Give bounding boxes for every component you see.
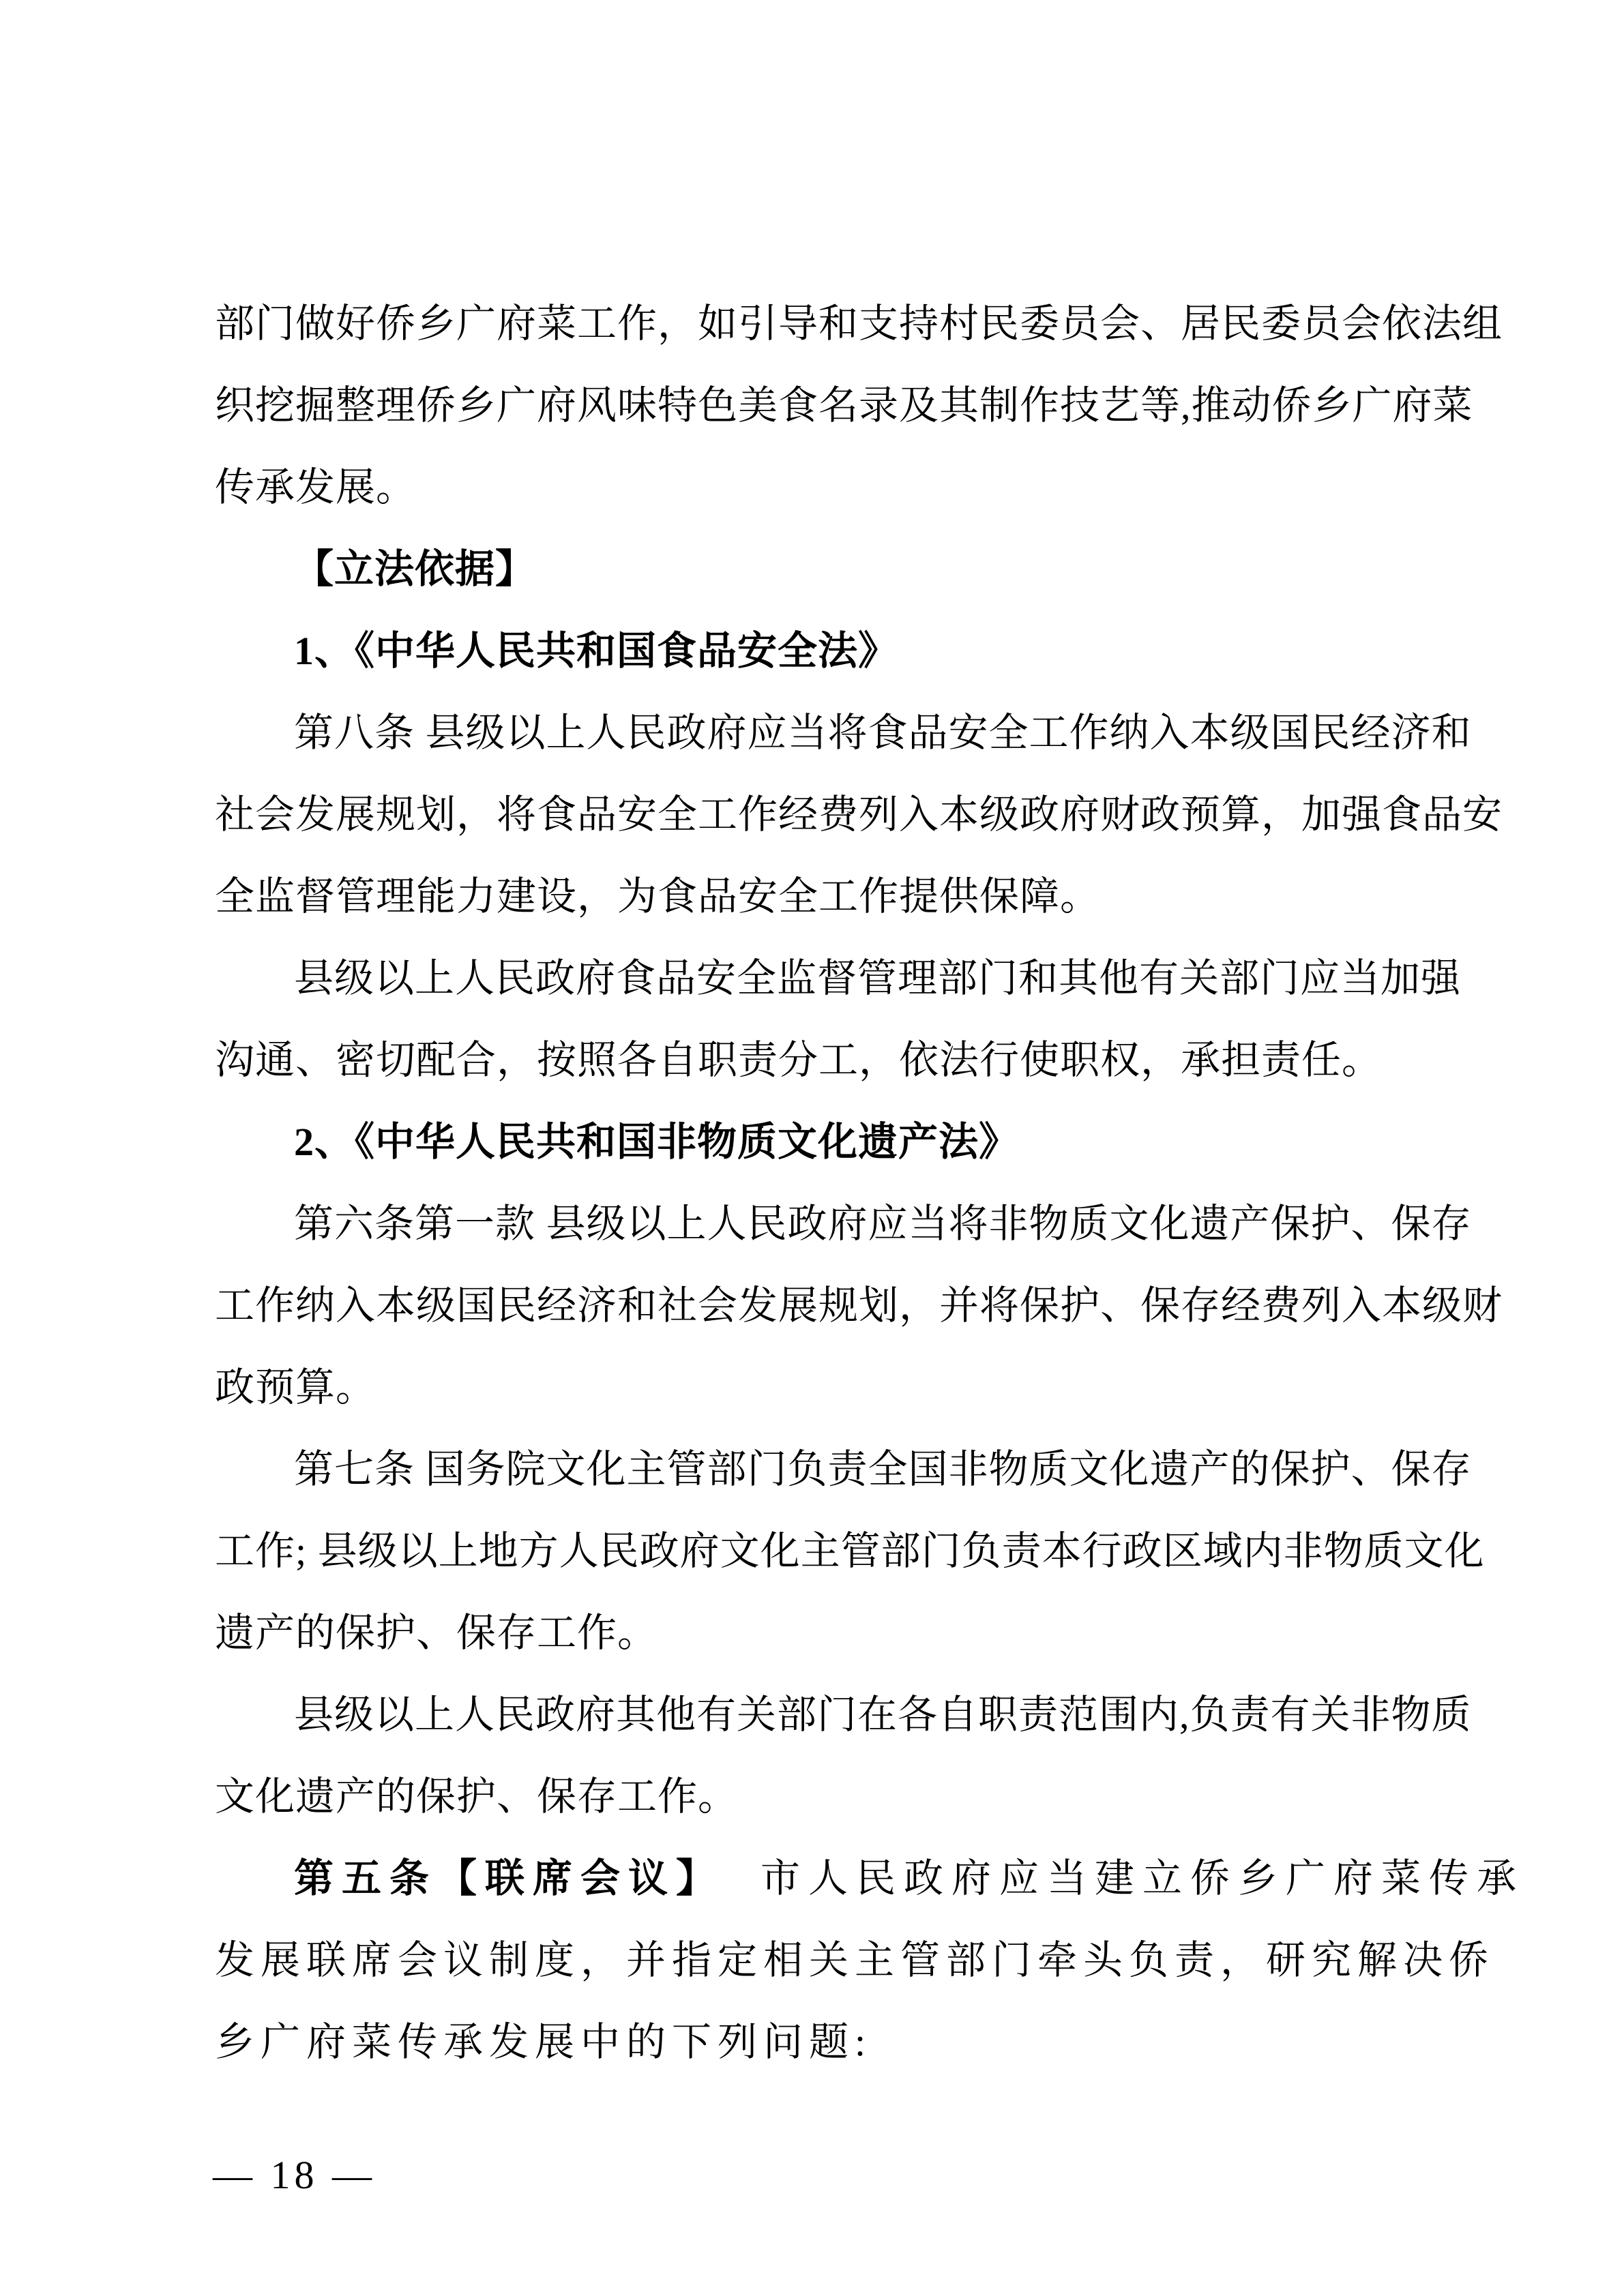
text-line: 县级以上人民政府其他有关部门在各自职责范围内,负责有关非物质 (215, 1674, 1443, 1756)
law-title-intangible-cultural-heritage-law: 2、《中华人民共和国非物质文化遗产法》 (215, 1101, 1443, 1183)
article-5-text-start: 市人民政府应当建立侨乡广府菜传承 (761, 1856, 1524, 1900)
text-line: 部门做好侨乡广府菜工作，如引导和支持村民委员会、居民委员会依法组 (215, 283, 1443, 365)
text-line: 传承发展。 (215, 447, 1443, 528)
section-heading-legislative-basis: 【立法依据】 (215, 528, 1443, 610)
text-line: 乡广府菜传承发展中的下列问题: (215, 2001, 1443, 2083)
text-line: 县级以上人民政府食品安全监督管理部门和其他有关部门应当加强 (215, 938, 1443, 1019)
page-number: — 18 — (213, 2148, 376, 2203)
text-line: 第七条 国务院文化主管部门负责全国非物质文化遗产的保护、保存 (215, 1429, 1443, 1510)
text-line: 第八条 县级以上人民政府应当将食品安全工作纳入本级国民经济和 (215, 692, 1443, 774)
text-line: 社会发展规划，将食品安全工作经费列入本级政府财政预算，加强食品安 (215, 774, 1443, 856)
document-page: 部门做好侨乡广府菜工作，如引导和支持村民委员会、居民委员会依法组 织挖掘整理侨乡… (0, 0, 1624, 2296)
text-line: 政预算。 (215, 1347, 1443, 1429)
text-line: 工作纳入本级国民经济和社会发展规划，并将保护、保存经费列入本级财 (215, 1265, 1443, 1347)
text-line: 织挖掘整理侨乡广府风味特色美食名录及其制作技艺等,推动侨乡广府菜 (215, 365, 1443, 447)
article-5-number-label: 第五条【联席会议】 (294, 1856, 724, 1900)
text-line: 遗产的保护、保存工作。 (215, 1592, 1443, 1674)
law-title-food-safety-law: 1、《中华人民共和国食品安全法》 (215, 610, 1443, 692)
text-line: 工作; 县级以上地方人民政府文化主管部门负责本行政区域内非物质文化 (215, 1510, 1443, 1592)
document-body: 部门做好侨乡广府菜工作，如引导和支持村民委员会、居民委员会依法组 织挖掘整理侨乡… (215, 283, 1443, 2083)
article-5-heading-line: 第五条【联席会议】市人民政府应当建立侨乡广府菜传承 (215, 1838, 1443, 1920)
text-line: 第六条第一款 县级以上人民政府应当将非物质文化遗产保护、保存 (215, 1183, 1443, 1265)
text-line: 发展联席会议制度，并指定相关主管部门牵头负责，研究解决侨 (215, 1920, 1443, 2001)
text-line: 全监督管理能力建设，为食品安全工作提供保障。 (215, 856, 1443, 938)
text-line: 沟通、密切配合，按照各自职责分工，依法行使职权，承担责任。 (215, 1019, 1443, 1101)
text-line: 文化遗产的保护、保存工作。 (215, 1756, 1443, 1838)
